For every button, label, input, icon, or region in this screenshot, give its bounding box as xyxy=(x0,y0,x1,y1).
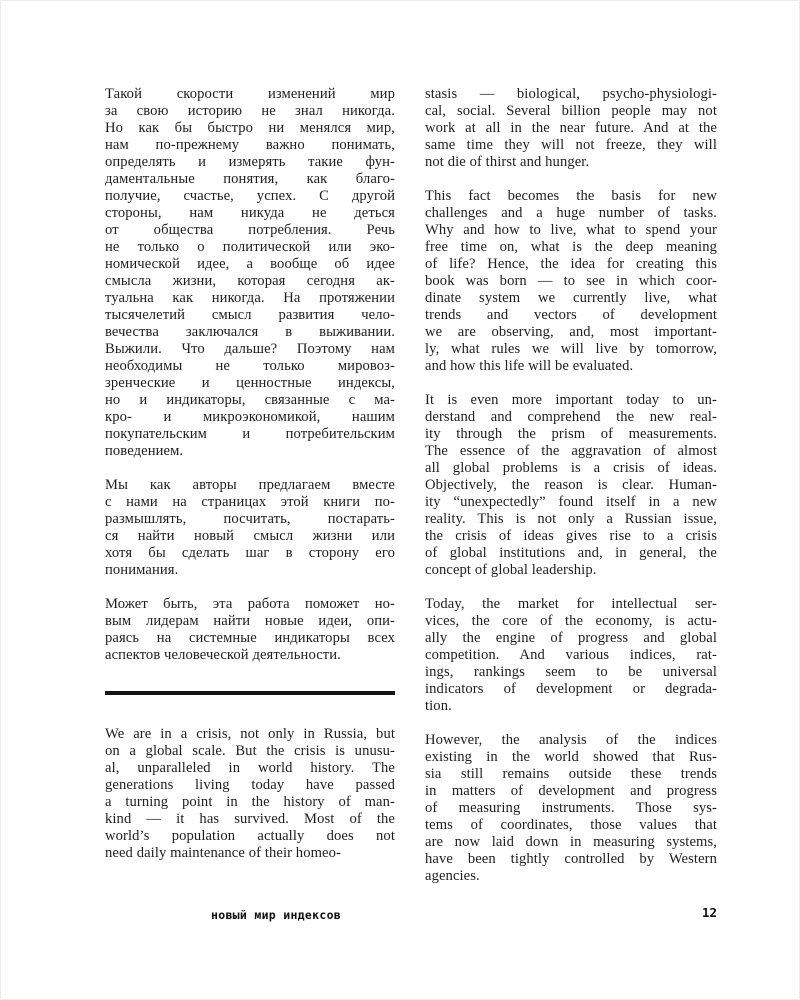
paragraph-line: generations living today have passed xyxy=(105,777,395,794)
paragraph-line: The essence of the aggravation of almost xyxy=(425,443,717,460)
paragraph-line: покупательским и потребительским xyxy=(105,426,395,443)
two-column-text-body: Такой скорости изменений мирза свою исто… xyxy=(105,86,717,902)
section-divider xyxy=(105,691,395,695)
paragraph-line: of global institutions and, in general, … xyxy=(425,545,717,562)
paragraph-line: стороны, нам никуда не деться xyxy=(105,205,395,222)
paragraph-line: ings, rankings seem to be universal xyxy=(425,664,717,681)
paragraph-line: This fact becomes the basis for new xyxy=(425,188,717,205)
paragraph-line: tion. xyxy=(425,698,717,715)
paragraph-line: in matters of development and progress xyxy=(425,783,717,800)
paragraph-line: ally the engine of progress and global xyxy=(425,630,717,647)
paragraph-line: We are in a crisis, not only in Russia, … xyxy=(105,726,395,743)
paragraph-line: work at all in the near future. And at t… xyxy=(425,120,717,137)
paragraph-line: но и индикаторы, связанные с ма- xyxy=(105,392,395,409)
paragraph-line: all global problems is a crisis of ideas… xyxy=(425,460,717,477)
paragraph-line: existing in the world showed that Rus- xyxy=(425,749,717,766)
paragraph-line: Но как бы быстро ни менялся мир, xyxy=(105,120,395,137)
paragraph-line: раясь на системные индикаторы всех xyxy=(105,630,395,647)
paragraph-line: we are observing, and, most important- xyxy=(425,324,717,341)
paragraph-line: тысячелетий смысл развития чело- xyxy=(105,307,395,324)
paragraph-line: cal, social. Several billion people may … xyxy=(425,103,717,120)
paragraph-line: indicators of development or degrada- xyxy=(425,681,717,698)
paragraph-line: туальна как никогда. На протяжении xyxy=(105,290,395,307)
paragraph: Today, the market for intellectual ser-v… xyxy=(425,596,717,715)
paragraph-line: al, unparalleled in world history. The xyxy=(105,760,395,777)
paragraph-line: от общества потребления. Речь xyxy=(105,222,395,239)
paragraph-line: Выжили. Что дальше? Поэтому нам xyxy=(105,341,395,358)
paragraph-line: хотя бы сделать шаг в сторону его xyxy=(105,545,395,562)
running-footer-title: новый мир индексов xyxy=(211,908,341,922)
paragraph-line: trends and vectors of development xyxy=(425,307,717,324)
paragraph-line: agencies. xyxy=(425,868,717,885)
paragraph-line: Может быть, эта работа поможет но- xyxy=(105,596,395,613)
paragraph-line: not die of thirst and hunger. xyxy=(425,154,717,171)
paragraph-line: номической идее, а вообще об идее xyxy=(105,256,395,273)
paragraph-line: derstand and comprehend the new real- xyxy=(425,409,717,426)
paragraph-line: ity “unexpectedly” found itself in a new xyxy=(425,494,717,511)
paragraph-line: same time they will not freeze, they wil… xyxy=(425,137,717,154)
paragraph-line: Мы как авторы предлагаем вместе xyxy=(105,477,395,494)
paragraph-line: зренческие и ценностные индексы, xyxy=(105,375,395,392)
paragraph-line: кро- и микроэкономикой, нашим xyxy=(105,409,395,426)
paragraph-line: не только о политической или эко- xyxy=(105,239,395,256)
paragraph-line: понимания. xyxy=(105,562,395,579)
paragraph-line: challenges and a huge number of tasks. xyxy=(425,205,717,222)
paragraph-line: However, the analysis of the indices xyxy=(425,732,717,749)
paragraph-line: получие, счастье, успех. С другой xyxy=(105,188,395,205)
paragraph-line: ly, what rules we will live by tomorrow, xyxy=(425,341,717,358)
paragraph-line: book was born — to see in which coor- xyxy=(425,273,717,290)
paragraph-line: dinate system we currently live, what xyxy=(425,290,717,307)
paragraph-line: a turning point in the history of man- xyxy=(105,794,395,811)
paragraph-line: за свою историю не знал никогда. xyxy=(105,103,395,120)
paragraph: It is even more important today to un-de… xyxy=(425,392,717,579)
paragraph: However, the analysis of the indicesexis… xyxy=(425,732,717,885)
paragraph-line: concept of global leadership. xyxy=(425,562,717,579)
paragraph-line: определять и измерять такие фун- xyxy=(105,154,395,171)
paragraph-line: of measuring instruments. Those sys- xyxy=(425,800,717,817)
paragraph-line: world’s population actually does not xyxy=(105,828,395,845)
paragraph-line: размышлять, посчитать, постарать- xyxy=(105,511,395,528)
text-column-left: Такой скорости изменений мирза свою исто… xyxy=(105,86,395,902)
paragraph-line: необходимы не только мировоз- xyxy=(105,358,395,375)
paragraph-line: competition. And various indices, rat- xyxy=(425,647,717,664)
paragraph-line: tems of coordinates, those values that xyxy=(425,817,717,834)
paragraph-line: вым лидерам найти новые идеи, опи- xyxy=(105,613,395,630)
text-column-right: stasis — biological, psycho-physiologi-c… xyxy=(425,86,717,902)
paragraph-line: stasis — biological, psycho-physiologi- xyxy=(425,86,717,103)
paragraph-line: с нами на страницах этой книги по- xyxy=(105,494,395,511)
paragraph: Такой скорости изменений мирза свою исто… xyxy=(105,86,395,460)
paragraph-line: нам по-прежнему важно понимать, xyxy=(105,137,395,154)
paragraph-line: вечества заключался в выживании. xyxy=(105,324,395,341)
book-page: Такой скорости изменений мирза свою исто… xyxy=(0,0,800,1000)
paragraph-line: Why and how to live, what to spend your xyxy=(425,222,717,239)
paragraph: Может быть, эта работа поможет но-вым ли… xyxy=(105,596,395,664)
paragraph-line: reality. This is not only a Russian issu… xyxy=(425,511,717,528)
paragraph-line: аспектов человеческой деятельности. xyxy=(105,647,395,664)
paragraph-line: ity through the prism of measurements. xyxy=(425,426,717,443)
paragraph-line: kind — it has survived. Most of the xyxy=(105,811,395,828)
paragraph: Мы как авторы предлагаем вместес нами на… xyxy=(105,477,395,579)
paragraph-line: the crisis of ideas gives rise to a cris… xyxy=(425,528,717,545)
paragraph-line: It is even more important today to un- xyxy=(425,392,717,409)
paragraph: stasis — biological, psycho-physiologi-c… xyxy=(425,86,717,171)
paragraph-line: sia still remains outside these trends xyxy=(425,766,717,783)
page-number: 12 xyxy=(702,905,717,920)
paragraph-line: даментальные понятия, как благо- xyxy=(105,171,395,188)
paragraph-line: ся найти новый смысл жизни или xyxy=(105,528,395,545)
paragraph-line: Такой скорости изменений мир xyxy=(105,86,395,103)
paragraph: We are in a crisis, not only in Russia, … xyxy=(105,726,395,862)
paragraph-line: free time on, what is the deep meaning xyxy=(425,239,717,256)
paragraph-line: have been tightly controlled by Western xyxy=(425,851,717,868)
paragraph-line: on a global scale. But the crisis is unu… xyxy=(105,743,395,760)
paragraph-line: смысла жизни, которая сегодня ак- xyxy=(105,273,395,290)
paragraph-line: Objectively, the reason is clear. Human- xyxy=(425,477,717,494)
paragraph-line: are now laid down in measuring systems, xyxy=(425,834,717,851)
paragraph-line: Today, the market for intellectual ser- xyxy=(425,596,717,613)
paragraph-line: need daily maintenance of their homeo- xyxy=(105,845,395,862)
paragraph-line: поведением. xyxy=(105,443,395,460)
paragraph-line: and how this life will be evaluated. xyxy=(425,358,717,375)
paragraph: This fact becomes the basis for newchall… xyxy=(425,188,717,375)
paragraph-line: of life? Hence, the idea for creating th… xyxy=(425,256,717,273)
paragraph-line: vices, the core of the economy, is actu- xyxy=(425,613,717,630)
